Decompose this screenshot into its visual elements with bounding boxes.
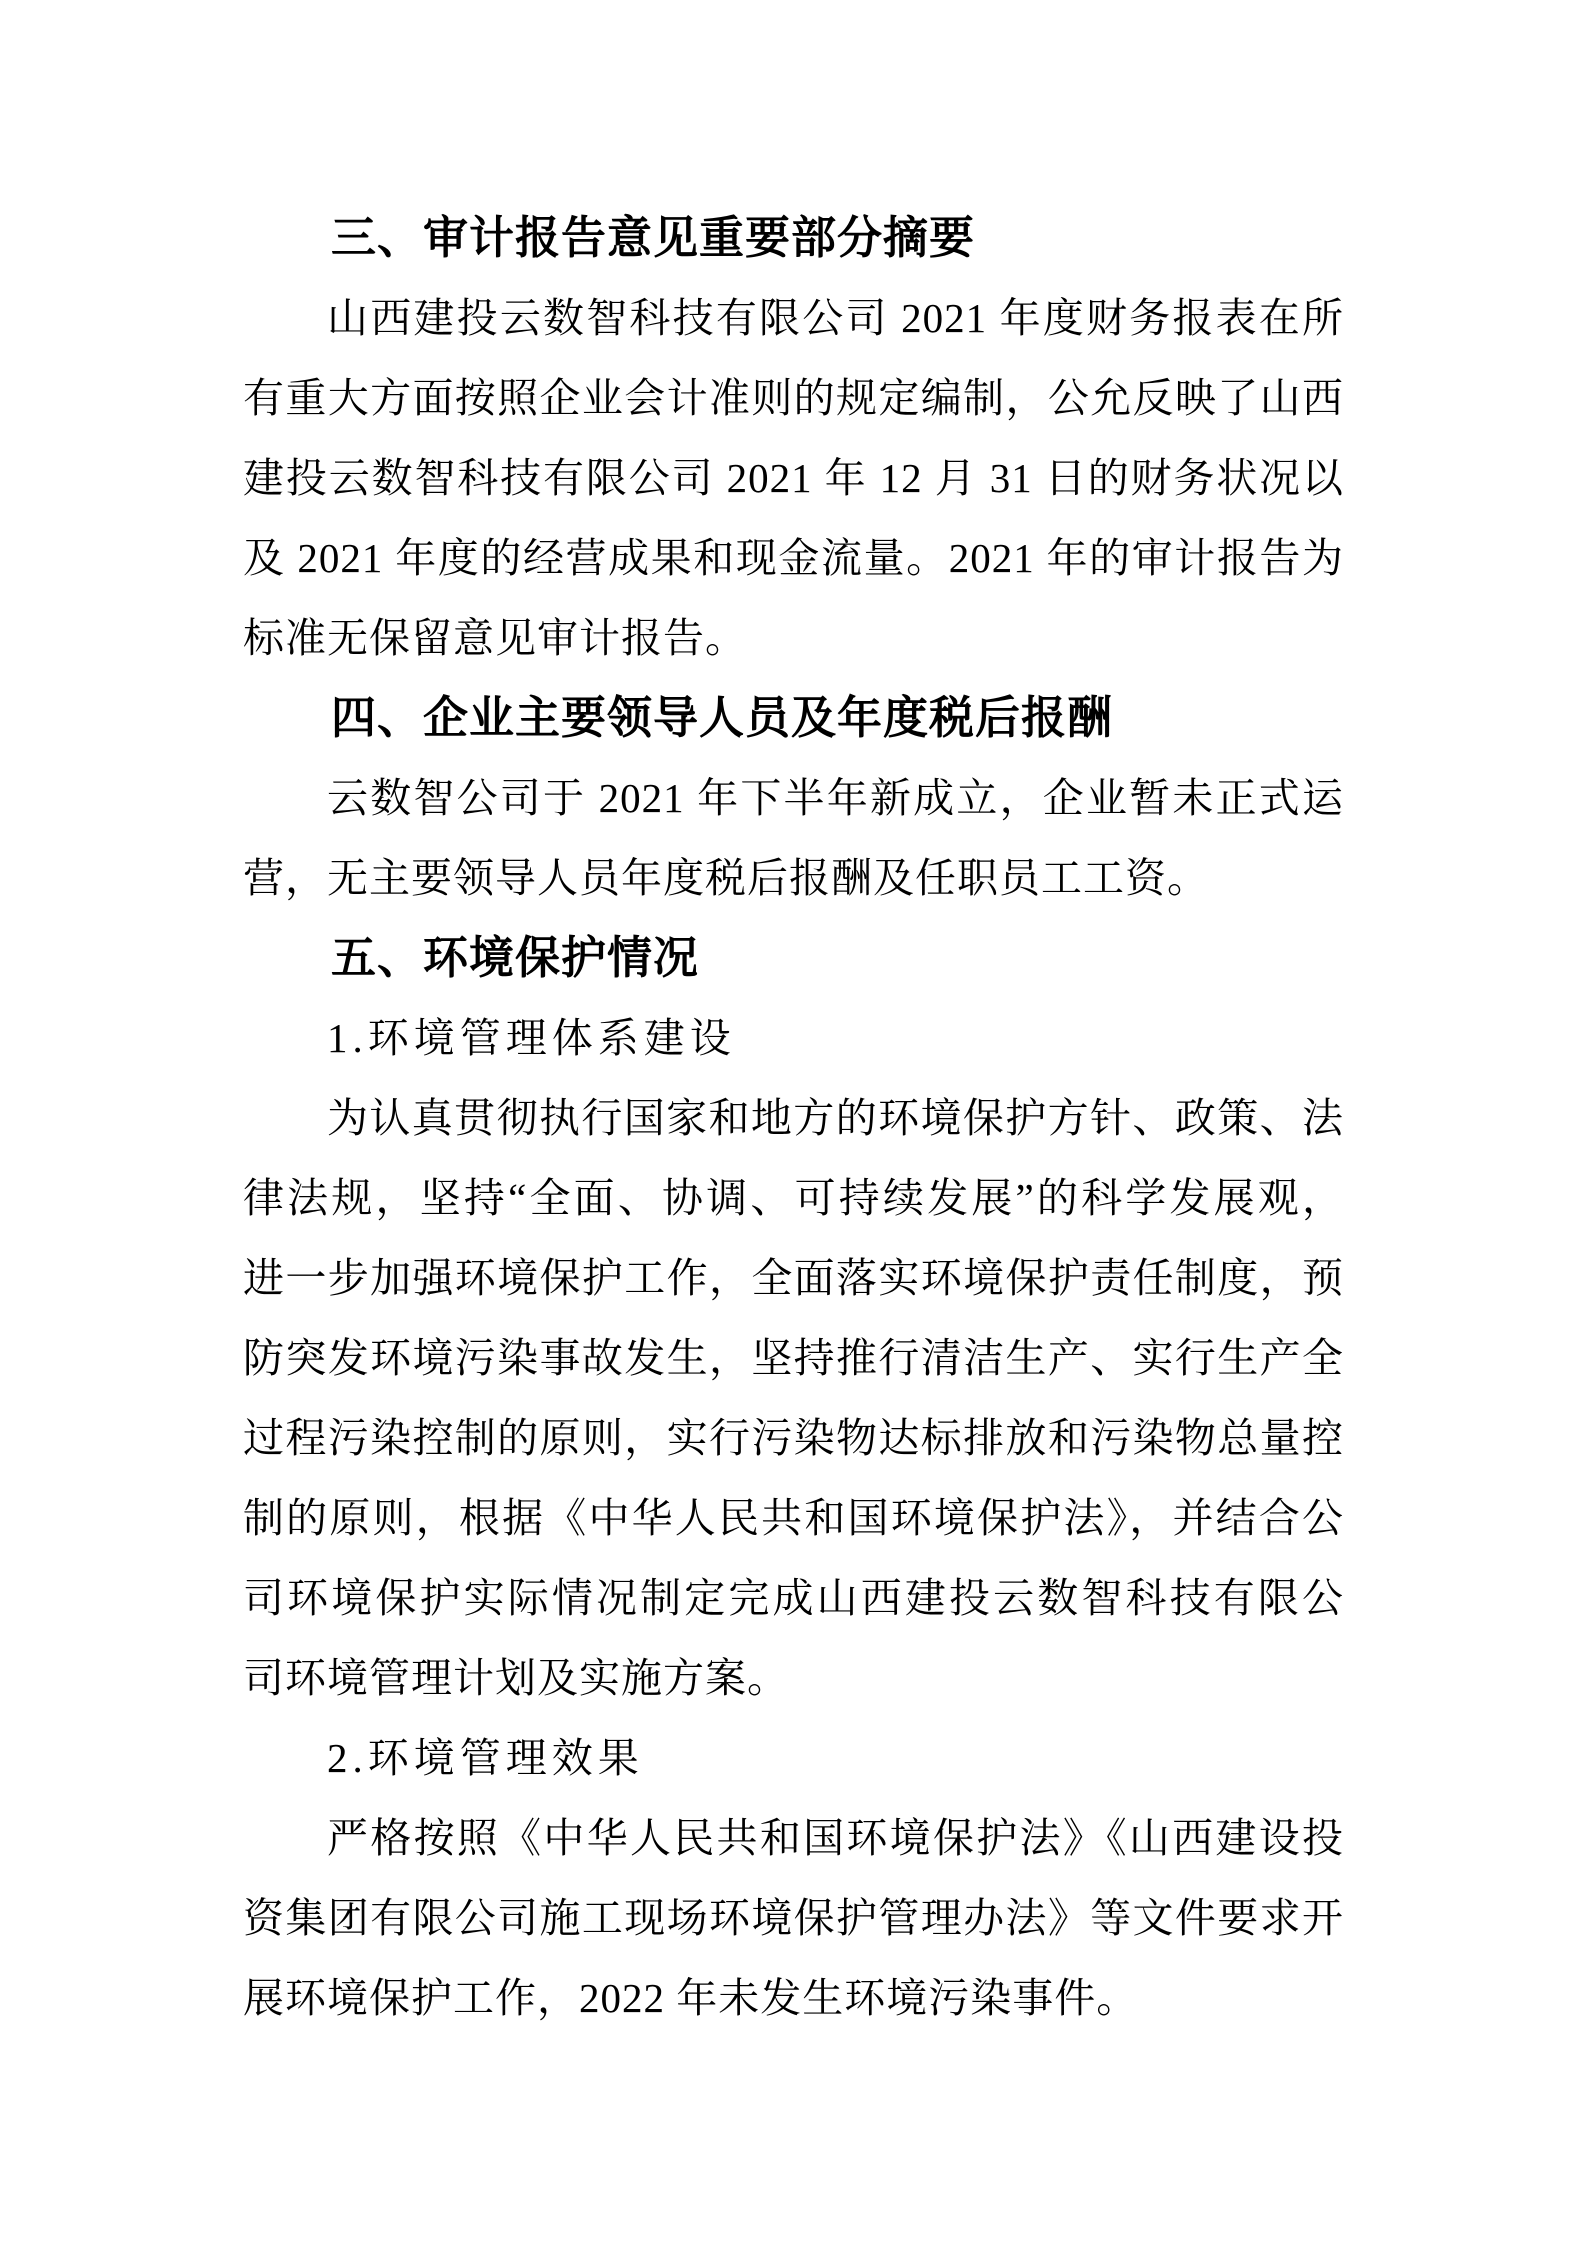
subheading-2-env-management-effect: 2.环境管理效果 [243,1718,1344,1798]
body-line: 建投云数智科技有限公司 2021 年 12 月 31 日的财务状况以 [243,438,1344,518]
body-line: 进一步加强环境保护工作，全面落实环境保护责任制度，预 [243,1238,1344,1318]
body-line: 严格按照《中华人民共和国环境保护法》《山西建设投 [243,1798,1344,1878]
body-line: 司环境保护实际情况制定完成山西建投云数智科技有限公 [243,1558,1344,1638]
body-line: 展环境保护工作，2022 年未发生环境污染事件。 [243,1958,1344,2038]
subheading-1-env-management-system: 1.环境管理体系建设 [243,998,1344,1078]
heading-section-4-leadership-pay: 四、企业主要领导人员及年度税后报酬 [243,678,1344,758]
body-line: 营，无主要领导人员年度税后报酬及任职员工工资。 [243,838,1344,918]
heading-section-5-environment: 五、环境保护情况 [243,918,1344,998]
body-line: 及 2021 年度的经营成果和现金流量。2021 年的审计报告为 [243,518,1344,598]
body-line: 云数智公司于 2021 年下半年新成立，企业暂未正式运 [243,758,1344,838]
body-line: 有重大方面按照企业会计准则的规定编制，公允反映了山西 [243,358,1344,438]
document-page: 三、审计报告意见重要部分摘要 山西建投云数智科技有限公司 2021 年度财务报表… [0,0,1587,2245]
body-line: 为认真贯彻执行国家和地方的环境保护方针、政策、法 [243,1078,1344,1158]
heading-section-3-audit-opinion: 三、审计报告意见重要部分摘要 [243,198,1344,278]
body-line: 防突发环境污染事故发生，坚持推行清洁生产、实行生产全 [243,1318,1344,1398]
body-line: 山西建投云数智科技有限公司 2021 年度财务报表在所 [243,278,1344,358]
body-line: 制的原则，根据《中华人民共和国环境保护法》，并结合公 [243,1478,1344,1558]
body-line: 标准无保留意见审计报告。 [243,598,1344,678]
body-line: 过程污染控制的原则，实行污染物达标排放和污染物总量控 [243,1398,1344,1478]
body-line: 律法规，坚持“全面、协调、可持续发展”的科学发展观， [243,1158,1344,1238]
body-line: 司环境管理计划及实施方案。 [243,1638,1344,1718]
body-line: 资集团有限公司施工现场环境保护管理办法》等文件要求开 [243,1878,1344,1958]
